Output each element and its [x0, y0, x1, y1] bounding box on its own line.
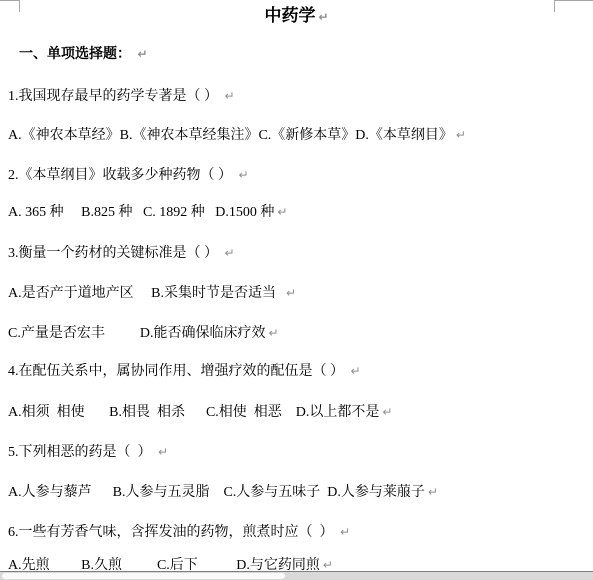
paragraph-mark-icon: ↵: [277, 205, 287, 219]
question-4-options-text: A.相须 相使 B.相畏 相杀 C.相使 相恶 D.以上都不是: [8, 405, 379, 420]
question-4-text: 4.在配伍关系中，属协同作用、增强疗效的配伍是（ ）: [8, 364, 344, 379]
document-page: 中药学↵ 一、单项选择题： ↵ 1.我国现存最早的药学专著是（ ） ↵ A.《神…: [0, 0, 593, 580]
question-1-text: 1.我国现存最早的药学专著是（ ）: [8, 89, 218, 104]
question-5-options: A.人参与藜芦 B.人参与五灵脂 C.人参与五味子 D.人参与莱菔子↵: [8, 484, 438, 501]
paragraph-mark-icon: ↵: [456, 128, 466, 142]
question-5-options-text: A.人参与藜芦 B.人参与五灵脂 C.人参与五味子 D.人参与莱菔子: [8, 485, 425, 500]
question-4-options: A.相须 相使 B.相畏 相杀 C.相使 相恶 D.以上都不是↵: [8, 404, 392, 421]
question-4: 4.在配伍关系中，属协同作用、增强疗效的配伍是（ ） ↵: [8, 363, 361, 380]
paragraph-mark-icon: ↵: [351, 364, 361, 378]
paragraph-mark-icon: ↵: [428, 485, 438, 499]
question-5: 5.下列相恶的药是（ ） ↵: [8, 444, 168, 461]
document-title-text: 中药学: [264, 6, 315, 25]
paragraph-mark-icon: ↵: [268, 326, 278, 340]
paragraph-mark-icon: ↵: [382, 405, 392, 419]
paragraph-mark-icon: ↵: [286, 286, 296, 300]
question-2-text: 2.《本草纲目》收载多少种药物（ ）: [8, 168, 232, 183]
paragraph-mark-icon: ↵: [318, 10, 328, 24]
question-3-options-line-2: C.产量是否宏丰 D.能否确保临床疗效↵: [8, 325, 279, 342]
question-6-text: 6.一些有芳香气味，含挥发油的药物，煎煮时应（ ）: [8, 525, 334, 540]
question-3: 3.衡量一个药材的关键标准是（ ） ↵: [8, 245, 235, 262]
question-2: 2.《本草纲目》收载多少种药物（ ） ↵: [8, 167, 249, 184]
paragraph-mark-icon: ↵: [323, 558, 333, 572]
section-heading: 一、单项选择题： ↵: [19, 46, 148, 63]
document-title: 中药学↵: [0, 6, 593, 27]
question-3-text: 3.衡量一个药材的关键标准是（ ）: [8, 246, 218, 261]
question-3-options-line-1: A.是否产于道地产区 B.采集时节是否适当 ↵: [8, 285, 296, 302]
question-2-options-text: A. 365 种 B.825 种 C. 1892 种 D.1500 种: [8, 205, 274, 220]
paragraph-mark-icon: ↵: [340, 525, 350, 539]
question-3-options-line-1-text: A.是否产于道地产区 B.采集时节是否适当: [8, 286, 283, 301]
paragraph-mark-icon: ↵: [138, 47, 148, 61]
section-heading-text: 一、单项选择题：: [19, 47, 131, 62]
paragraph-mark-icon: ↵: [158, 445, 168, 459]
question-6: 6.一些有芳香气味，含挥发油的药物，煎煮时应（ ） ↵: [8, 524, 350, 541]
question-1-options: A.《神农本草经》B.《神农本草经集注》C.《新修本草》D.《本草纲目》↵: [8, 127, 466, 144]
question-3-options-line-2-text: C.产量是否宏丰 D.能否确保临床疗效: [8, 326, 265, 341]
paragraph-mark-icon: ↵: [225, 89, 235, 103]
question-5-text: 5.下列相恶的药是（ ）: [8, 445, 152, 460]
question-2-options: A. 365 种 B.825 种 C. 1892 种 D.1500 种↵: [8, 204, 287, 221]
horizontal-scrollbar[interactable]: [0, 572, 593, 580]
horizontal-scrollbar-thumb[interactable]: [2, 573, 285, 579]
question-1: 1.我国现存最早的药学专著是（ ） ↵: [8, 88, 235, 105]
question-1-options-text: A.《神农本草经》B.《神农本草经集注》C.《新修本草》D.《本草纲目》: [8, 128, 453, 143]
paragraph-mark-icon: ↵: [239, 168, 249, 182]
paragraph-mark-icon: ↵: [225, 246, 235, 260]
